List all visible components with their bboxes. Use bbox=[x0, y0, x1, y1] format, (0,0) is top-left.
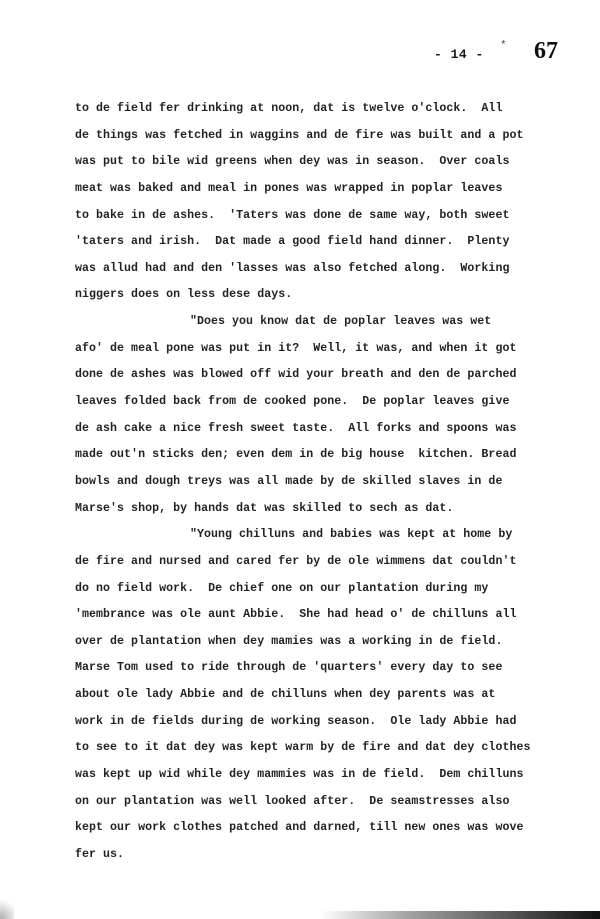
text-line: do no field work. De chief one on our pl… bbox=[75, 576, 545, 603]
text-line: work in de fields during de working seas… bbox=[75, 709, 545, 736]
text-line: Marse's shop, by hands dat was skilled t… bbox=[75, 496, 545, 523]
text-line: kept our work clothes patched and darned… bbox=[75, 815, 545, 842]
typewritten-body: to de field fer drinking at noon, dat is… bbox=[75, 96, 545, 869]
text-line: fer us. bbox=[75, 842, 545, 869]
typed-page-number: - 14 - bbox=[434, 47, 484, 62]
text-line: de ash cake a nice fresh sweet taste. Al… bbox=[75, 416, 545, 443]
paragraph-start-line: "Does you know dat de poplar leaves was … bbox=[75, 309, 545, 336]
scan-corner-artifact bbox=[0, 895, 14, 919]
text-line: to bake in de ashes. 'Taters was done de… bbox=[75, 203, 545, 230]
text-line: de fire and nursed and cared fer by de o… bbox=[75, 549, 545, 576]
text-line: on our plantation was well looked after.… bbox=[75, 789, 545, 816]
text-line: de things was fetched in waggins and de … bbox=[75, 123, 545, 150]
document-page: - 14 - * 67 to de field fer drinking at … bbox=[0, 0, 600, 919]
text-line: afo' de meal pone was put in it? Well, i… bbox=[75, 336, 545, 363]
text-line: over de plantation when dey mamies was a… bbox=[75, 629, 545, 656]
scan-edge-shadow bbox=[320, 911, 600, 919]
text-line: to see to it dat dey was kept warm by de… bbox=[75, 735, 545, 762]
text-line: 'membrance was ole aunt Abbie. She had h… bbox=[75, 602, 545, 629]
text-line: made out'n sticks den; even dem in de bi… bbox=[75, 442, 545, 469]
text-line: niggers does on less dese days. bbox=[75, 282, 545, 309]
page-header: - 14 - * 67 bbox=[0, 38, 600, 68]
text-line: 'taters and irish. Dat made a good field… bbox=[75, 229, 545, 256]
text-line: about ole lady Abbie and de chilluns whe… bbox=[75, 682, 545, 709]
stamped-page-number: 67 bbox=[534, 38, 558, 65]
text-line: meat was baked and meal in pones was wra… bbox=[75, 176, 545, 203]
text-line: Marse Tom used to ride through de 'quart… bbox=[75, 655, 545, 682]
text-line: done de ashes was blowed off wid your br… bbox=[75, 362, 545, 389]
paragraph-start-line: "Young chilluns and babies was kept at h… bbox=[75, 522, 545, 549]
text-line: was kept up wid while dey mammies was in… bbox=[75, 762, 545, 789]
text-line: was put to bile wid greens when dey was … bbox=[75, 149, 545, 176]
text-line: to de field fer drinking at noon, dat is… bbox=[75, 96, 545, 123]
stamp-mark-icon: * bbox=[500, 40, 507, 52]
text-line: leaves folded back from de cooked pone. … bbox=[75, 389, 545, 416]
text-line: bowls and dough treys was all made by de… bbox=[75, 469, 545, 496]
text-line: was allud had and den 'lasses was also f… bbox=[75, 256, 545, 283]
